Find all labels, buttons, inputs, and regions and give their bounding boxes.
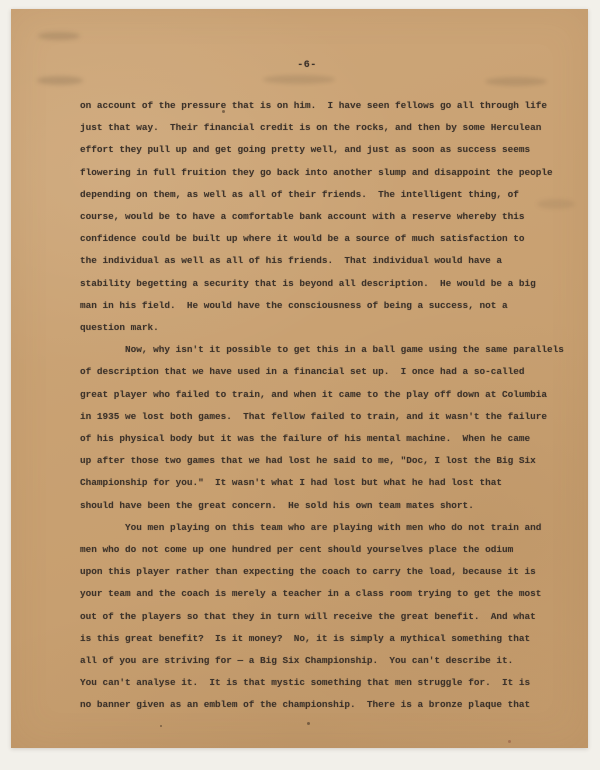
text-line: flowering in full fruition they go back …: [80, 162, 580, 184]
text-line: You men playing on this team who are pla…: [80, 517, 580, 539]
text-line: out of the players so that they in turn …: [80, 606, 580, 628]
text-line: Championship for you." It wasn't what I …: [80, 472, 580, 494]
text-line: your team and the coach is merely a teac…: [80, 583, 580, 605]
paper-speck: [508, 740, 511, 743]
text-line: just that way. Their financial credit is…: [80, 117, 580, 139]
paper-speck: [307, 722, 310, 725]
typewritten-text: on account of the pressure that is on hi…: [80, 95, 580, 717]
ink-smudge: [37, 76, 83, 85]
text-line: should have been the great concern. He s…: [80, 495, 580, 517]
ink-smudge: [38, 32, 80, 40]
text-line: men who do not come up one hundred per c…: [80, 539, 580, 561]
text-line: great player who failed to train, and wh…: [80, 384, 580, 406]
text-line: the individual as well as all of his fri…: [80, 250, 580, 272]
text-line: depending on them, as well as all of the…: [80, 184, 580, 206]
text-line: on account of the pressure that is on hi…: [80, 95, 580, 117]
page-number: -6-: [267, 60, 347, 71]
text-line: course, would be to have a comfortable b…: [80, 206, 580, 228]
text-line: Now, why isn't it possible to get this i…: [80, 339, 580, 361]
document-photo: -6- on account of the pressure that is o…: [0, 0, 600, 770]
text-line: of description that we have used in a fi…: [80, 361, 580, 383]
paper-speck: [160, 725, 162, 727]
text-line: upon this player rather than expecting t…: [80, 561, 580, 583]
text-line: is this great benefit? Is it money? No, …: [80, 628, 580, 650]
ink-smudge: [263, 75, 335, 84]
text-line: of his physical body but it was the fail…: [80, 428, 580, 450]
text-line: effort they pull up and get going pretty…: [80, 139, 580, 161]
text-line: all of you are striving for — a Big Six …: [80, 650, 580, 672]
text-line: You can't analyse it. It is that mystic …: [80, 672, 580, 694]
paper-sheet: -6- on account of the pressure that is o…: [11, 9, 588, 748]
text-line: man in his field. He would have the cons…: [80, 295, 580, 317]
text-line: up after those two games that we had los…: [80, 450, 580, 472]
text-line: question mark.: [80, 317, 580, 339]
ink-smudge: [485, 77, 547, 86]
text-line: no banner given as an emblem of the cham…: [80, 694, 580, 716]
text-line: stability begetting a security that is b…: [80, 273, 580, 295]
text-line: confidence could be built up where it wo…: [80, 228, 580, 250]
text-line: in 1935 we lost both games. That fellow …: [80, 406, 580, 428]
